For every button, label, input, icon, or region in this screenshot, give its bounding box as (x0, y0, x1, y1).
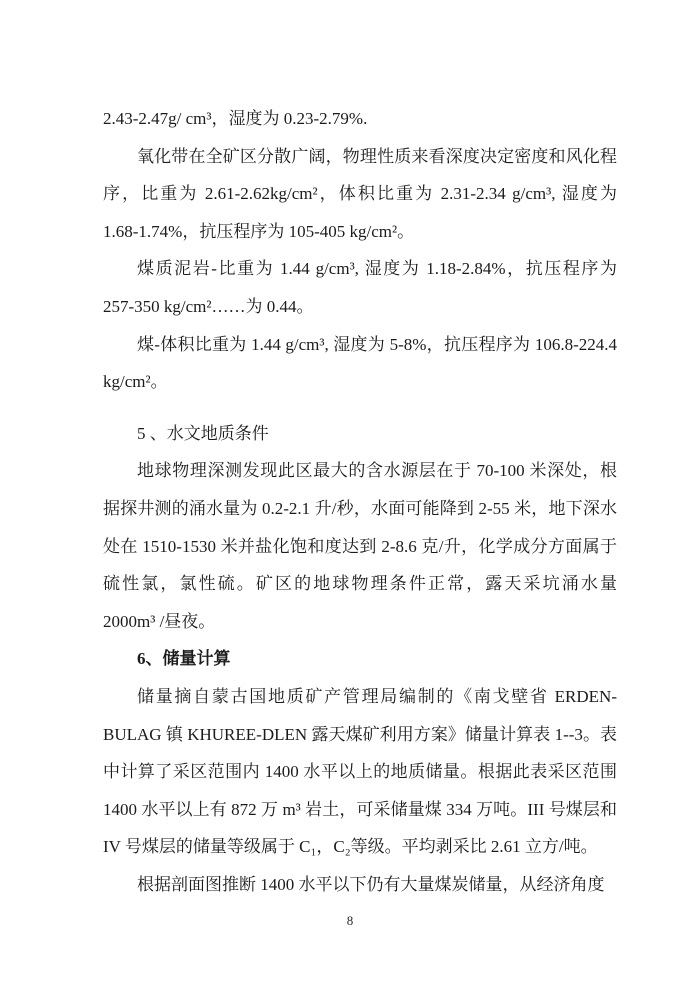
body-paragraph-hydrogeology: 地球物理深测发现此区最大的含水源层在于 70-100 米深处，根据探井测的涌水量… (103, 452, 617, 640)
document-body: 2.43-2.47g/ cm³，湿度为 0.23-2.79%. 氧化带在全矿区分… (103, 100, 617, 903)
body-paragraph-oxidation-zone: 氧化带在全矿区分散广阔，物理性质来看深度决定密度和风化程序，比重为 2.61-2… (103, 138, 617, 251)
body-paragraph-section-inference: 根据剖面图推断 1400 水平以下仍有大量煤炭储量，从经济角度 (103, 866, 617, 904)
body-paragraph-coal-properties: 煤-体积比重为 1.44 g/cm³, 湿度为 5-8%，抗压程序为 106.8… (103, 326, 617, 401)
document-page: 2.43-2.47g/ cm³，湿度为 0.23-2.79%. 氧化带在全矿区分… (0, 0, 700, 990)
section-heading-5-hydrogeology: 5 、水文地质条件 (103, 415, 617, 453)
body-paragraph-continuation: 2.43-2.47g/ cm³，湿度为 0.23-2.79%. (103, 100, 617, 138)
section-heading-6-reserve-calculation: 6、储量计算 (103, 640, 617, 678)
body-paragraph-reserve-calculation: 储量摘自蒙古国地质矿产管理局编制的《南戈壁省 ERDEN-BULAG 镇 KHU… (103, 678, 617, 866)
page-number: 8 (0, 912, 700, 930)
body-paragraph-coal-mudstone: 煤质泥岩-比重为 1.44 g/cm³, 湿度为 1.18-2.84%，抗压程序… (103, 250, 617, 325)
